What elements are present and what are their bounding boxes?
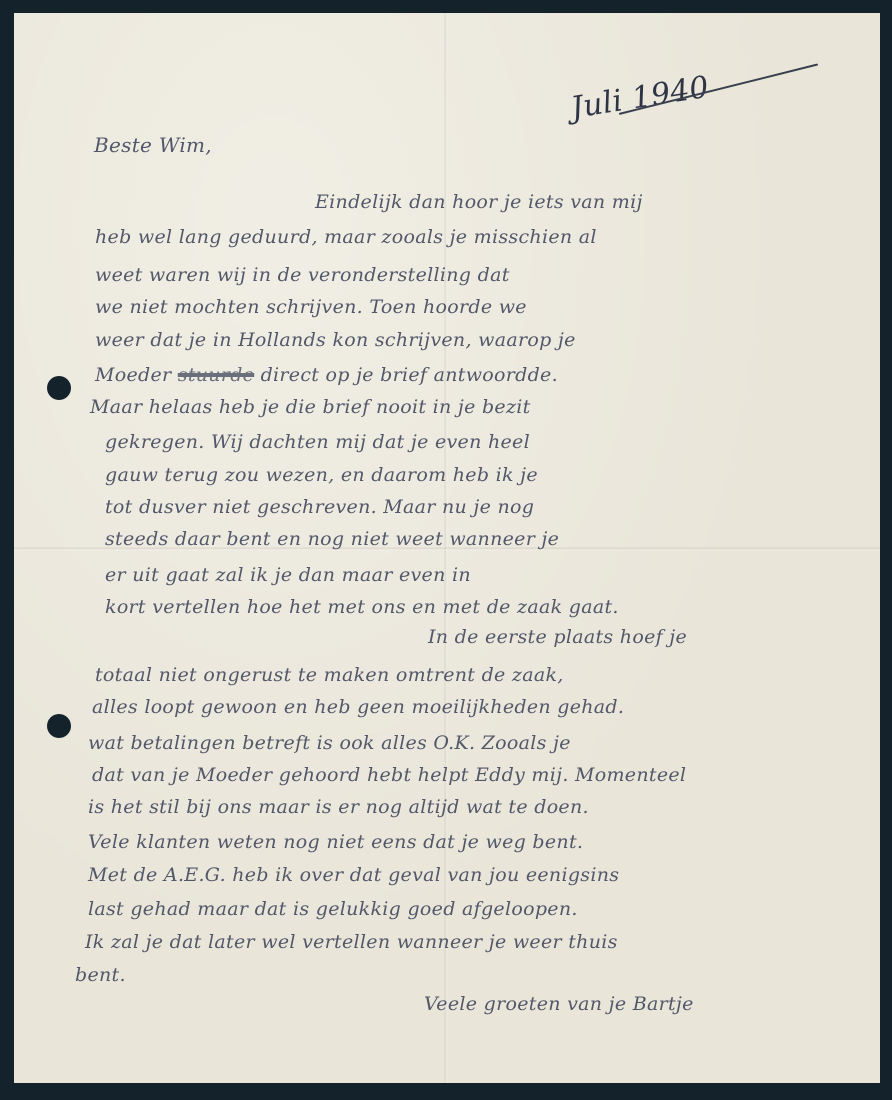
letter-date: Juli 1940	[569, 70, 712, 126]
letter-line: totaal niet ongerust te maken omtrent de…	[95, 664, 564, 686]
letter-line: bent.	[75, 964, 126, 986]
letter-line: Vele klanten weten nog niet eens dat je …	[88, 831, 583, 853]
letter-line: er uit gaat zal ik je dan maar even in	[105, 564, 471, 586]
letter-line: steeds daar bent en nog niet weet wannee…	[105, 528, 559, 550]
letter-line: weet waren wij in de veronderstelling da…	[95, 264, 510, 286]
letter-line: Eindelijk dan hoor je iets van mij	[315, 191, 643, 213]
struck-word: stuurde	[178, 364, 254, 386]
letter-line: alles loopt gewoon en heb geen moeilijkh…	[92, 696, 624, 718]
letter-line: tot dusver niet geschreven. Maar nu je n…	[105, 496, 534, 518]
letter-line: In de eerste plaats hoef je	[428, 626, 687, 648]
letter-line: Met de A.E.G. heb ik over dat geval van …	[88, 864, 619, 886]
punch-hole-top	[47, 376, 71, 400]
letter-line: wat betalingen betreft is ook alles O.K.…	[88, 732, 571, 754]
letter-line: Moeder stuurde direct op je brief antwoo…	[95, 364, 558, 386]
letter-line: gauw terug zou wezen, en daarom heb ik j…	[105, 464, 538, 486]
letter-page: Juli 1940 Beste Wim, Eindelijk dan hoor …	[14, 13, 880, 1083]
salutation: Beste Wim,	[94, 133, 212, 157]
letter-line: kort vertellen hoe het met ons en met de…	[105, 596, 619, 618]
letter-line: is het stil bij ons maar is er nog altij…	[88, 796, 589, 818]
letter-line: gekregen. Wij dachten mij dat je even he…	[105, 431, 530, 453]
letter-line: Ik zal je dat later wel vertellen wannee…	[85, 931, 618, 953]
letter-line: Maar helaas heb je die brief nooit in je…	[90, 396, 531, 418]
letter-line: we niet mochten schrijven. Toen hoorde w…	[95, 296, 527, 318]
letter-line: heb wel lang geduurd, maar zooals je mis…	[95, 226, 597, 248]
punch-hole-bottom	[47, 714, 71, 738]
closing-signature: Veele groeten van je Bartje	[424, 993, 694, 1015]
letter-line: dat van je Moeder gehoord hebt helpt Edd…	[92, 764, 686, 786]
letter-line: last gehad maar dat is gelukkig goed afg…	[88, 898, 578, 920]
letter-line: weer dat je in Hollands kon schrijven, w…	[95, 329, 576, 351]
